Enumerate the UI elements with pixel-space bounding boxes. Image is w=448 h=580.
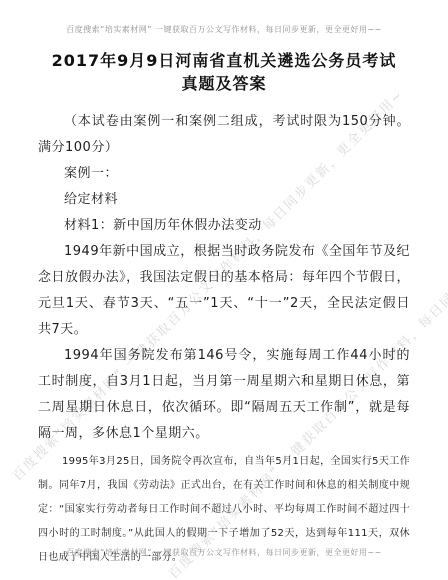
document-page: 百度搜索“培实素材网” 一键获取百万公文写作材料，每日同步更新，更全更好用~ 百… xyxy=(0,0,448,580)
title-line-2: 真题及答案 xyxy=(38,72,410,95)
given-material-label: 给定材料 xyxy=(38,187,410,213)
paragraph-1994: 1994年国务院发布第146号令，实施每周工作44小时的工时制度，自3月1日起，… xyxy=(38,343,410,447)
material-1-heading: 材料1：新中国历年休假办法变动 xyxy=(38,213,410,239)
page-title: 2017年9月9日河南省直机关遴选公务员考试 真题及答案 xyxy=(38,49,410,95)
title-line-1: 2017年9月9日河南省直机关遴选公务员考试 xyxy=(38,49,410,72)
paragraph-1949: 1949年新中国成立，根据当时政务院发布《全国年节及纪念日放假办法》，我国法定假… xyxy=(38,239,410,343)
case-one-label: 案例一： xyxy=(38,161,410,187)
exam-intro: （本试卷由案例一和案例二组成，考试时限为150分钟。满分100分） xyxy=(38,109,410,161)
header-promo: 百度搜索“培实素材网” 一键获取百万公文写作材料，每日同步更新，更全更好用~~ xyxy=(38,24,410,35)
document-content: 百度搜索“培实素材网” 一键获取百万公文写作材料，每日同步更新，更全更好用~~ … xyxy=(0,0,448,570)
footer-promo: 百度搜索“培实素材网” 一键获取百万公文写作材料，每日同步更新，更全更好用~~ xyxy=(0,547,448,558)
